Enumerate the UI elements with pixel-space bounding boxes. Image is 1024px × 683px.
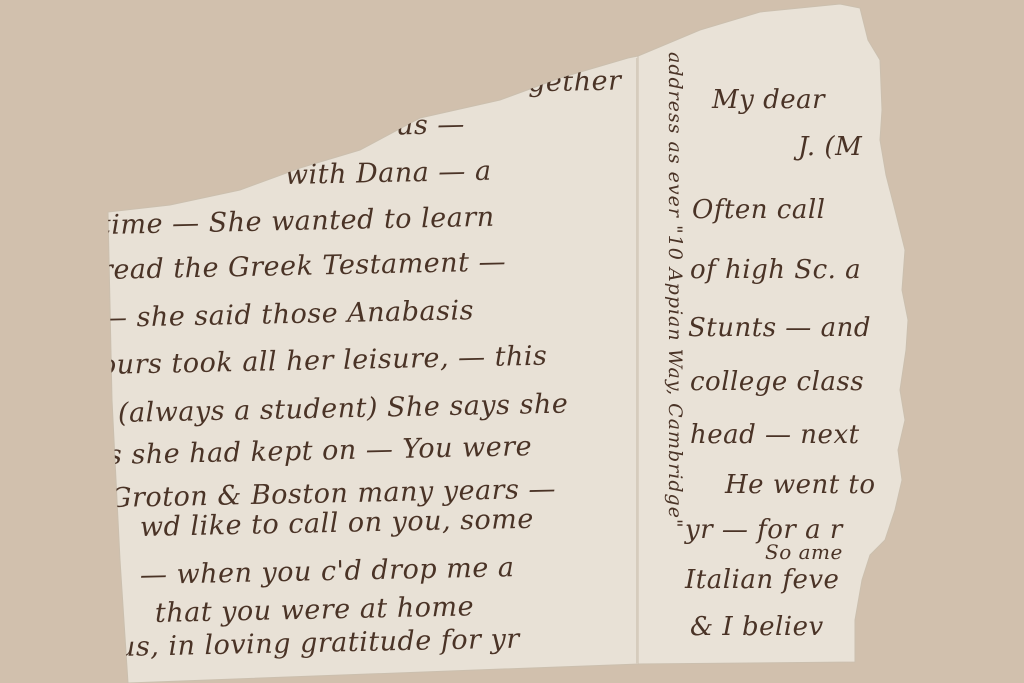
- letter-line: Stunts — and: [688, 313, 871, 343]
- letter-salutation: My dear: [712, 85, 825, 115]
- letter-line: that you were at home: [155, 591, 475, 629]
- letter-line: (always a student) She says she: [118, 389, 569, 429]
- letter-insertion: So ame: [765, 540, 843, 564]
- letter-scan: together with us — with Dana — a time — …: [0, 0, 1024, 683]
- letter-line: ours took all her leisure, — this: [100, 341, 548, 381]
- letter-line: time — She wanted to learn: [100, 202, 495, 241]
- letter-line: — she said those Anabasis: [100, 295, 475, 334]
- letter-line: J. (M: [798, 132, 862, 162]
- letter-line: Italian feve: [685, 565, 839, 595]
- letter-line: us, in loving gratitude for yr: [118, 624, 520, 663]
- letter-line: Often call: [692, 195, 825, 225]
- letter-line: s she had kept on — You were: [108, 431, 533, 471]
- letter-line: read the Greek Testament —: [100, 246, 507, 285]
- letter-line: of high Sc. a: [690, 255, 861, 285]
- margin-address-note: address as ever "10 Appian Way, Cambridg…: [664, 52, 686, 529]
- letter-line: & I believ: [690, 612, 824, 642]
- letter-line: — when you c'd drop me a: [140, 552, 515, 591]
- letter-line: head — next: [690, 420, 860, 450]
- letter-line: college class: [690, 367, 864, 397]
- letter-line: He went to: [725, 470, 876, 500]
